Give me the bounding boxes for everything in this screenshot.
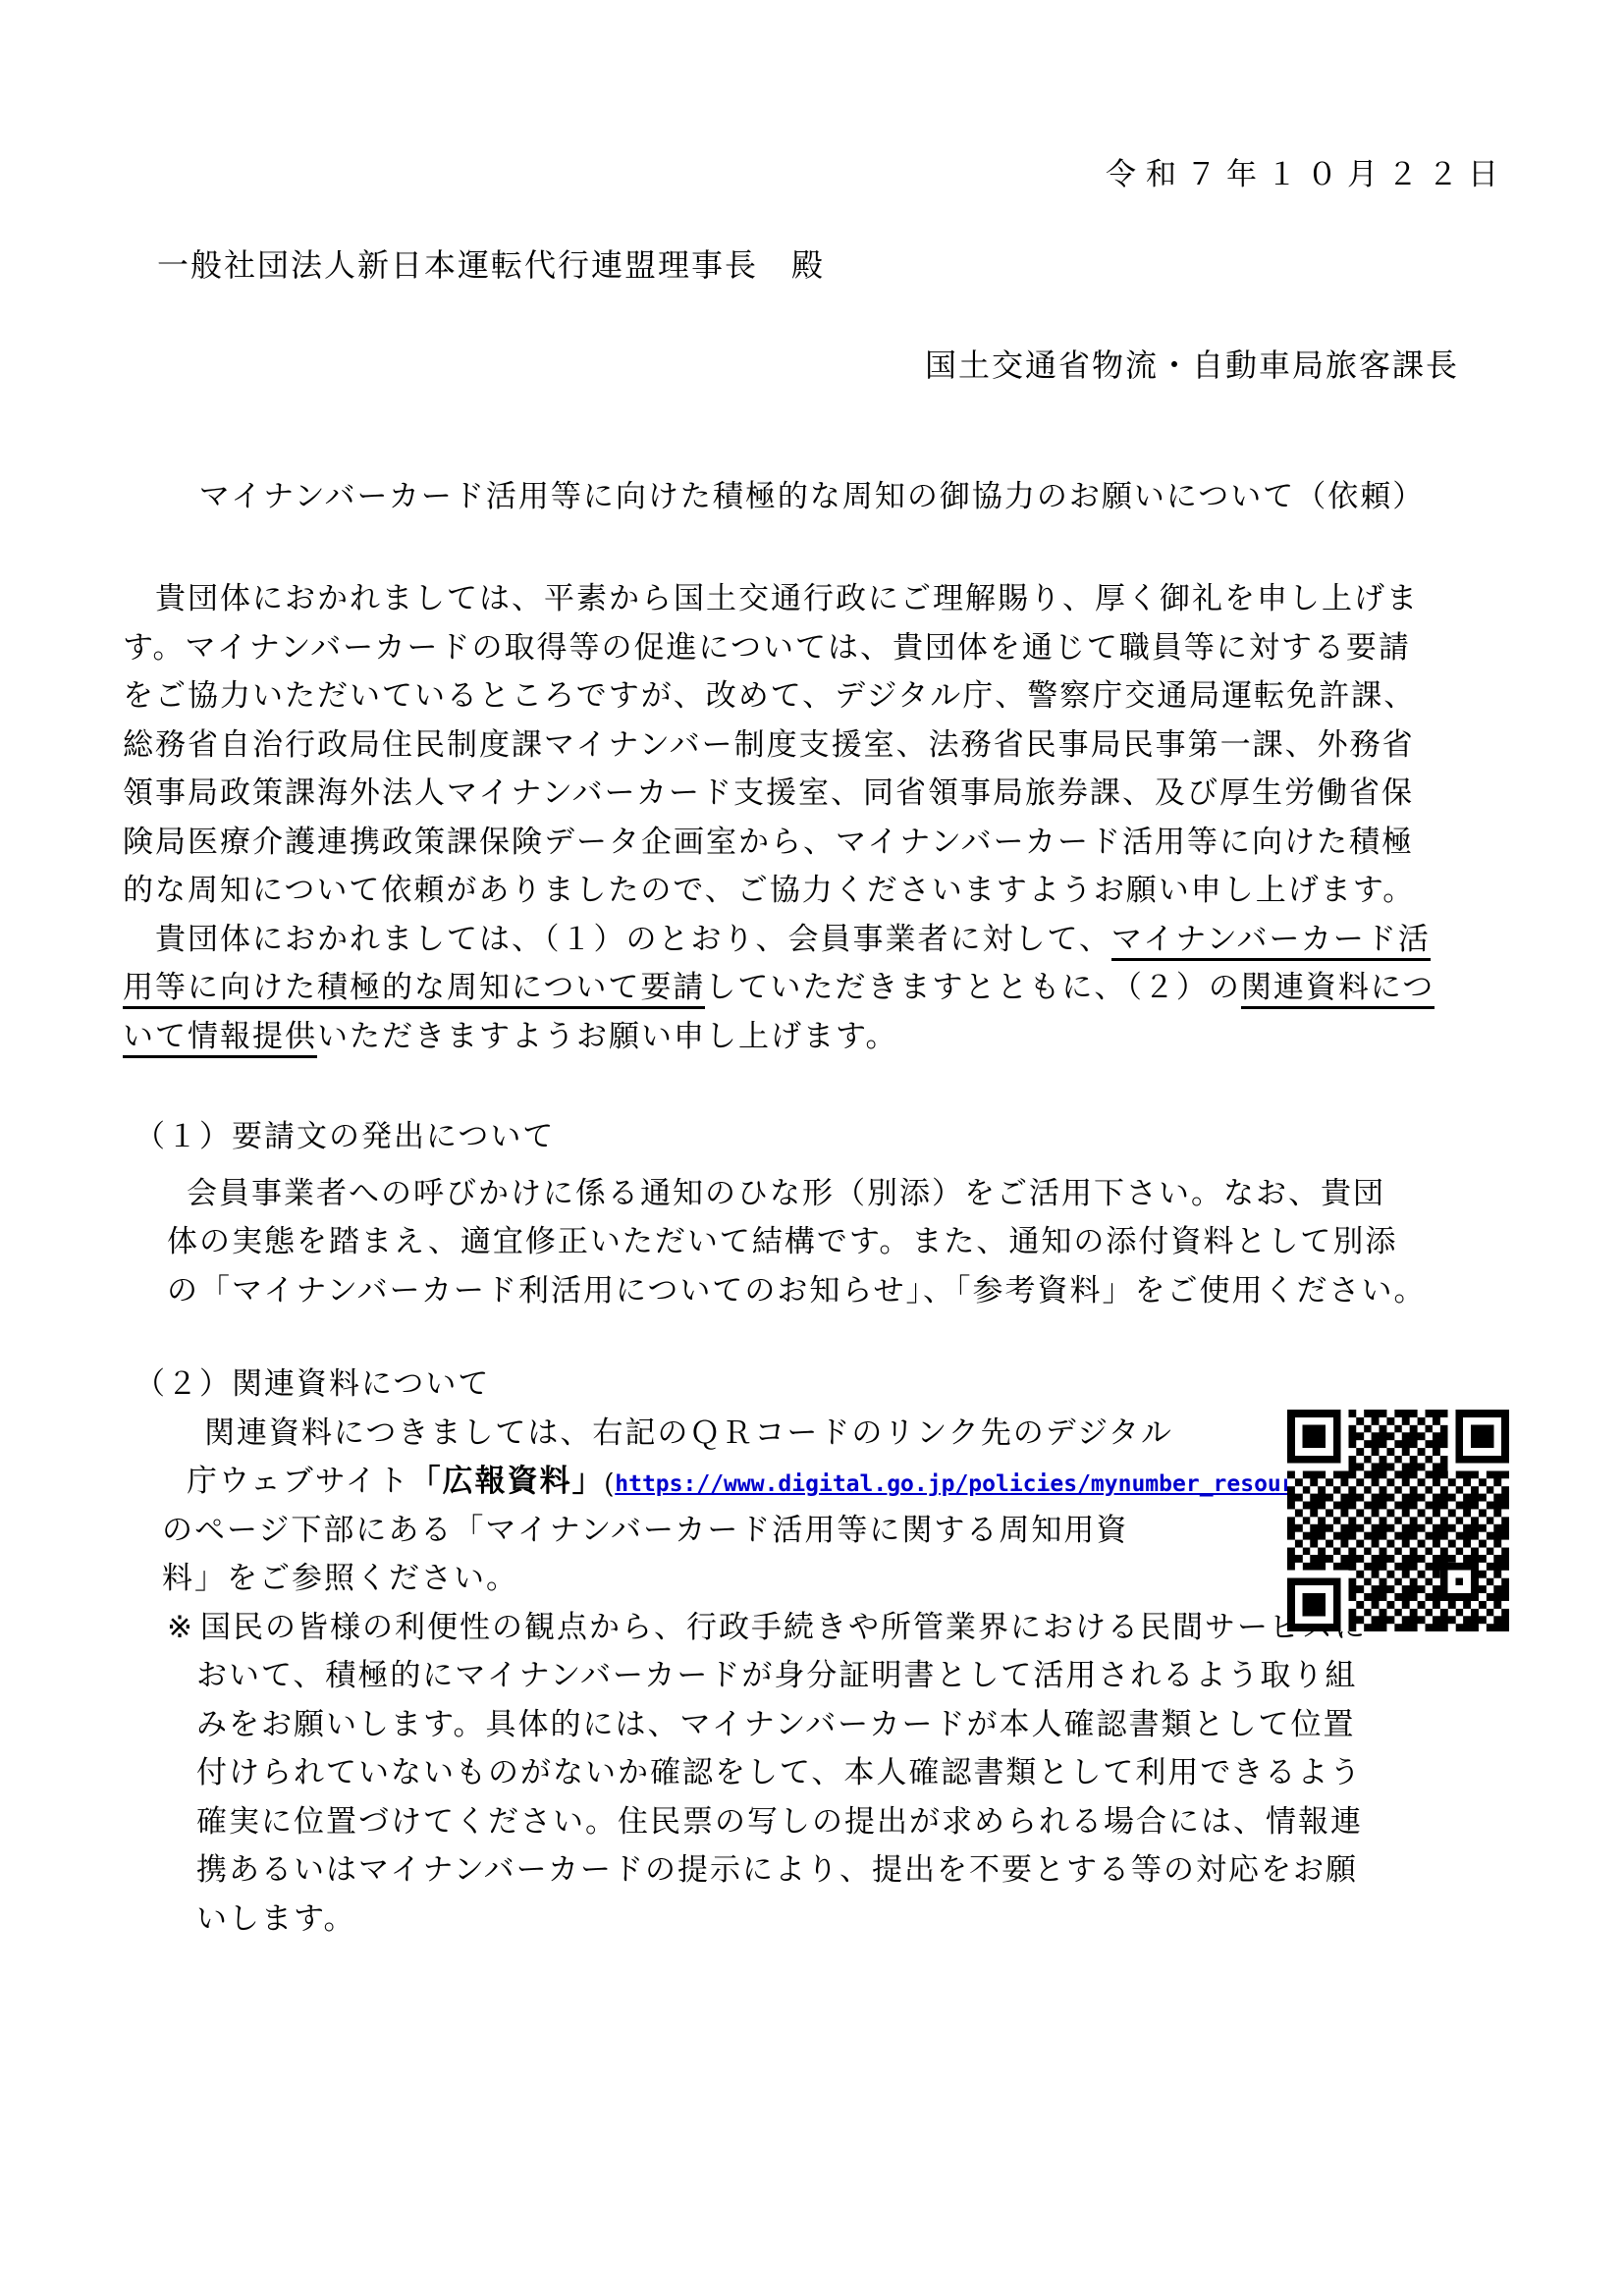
body-text: 国民の皆様の利便性の観点から、行政手続きや所管業界における民間サービスに xyxy=(200,1610,1367,1644)
quoted-title: 「広報資料」 xyxy=(410,1464,605,1498)
note-line: おいて、積極的にマイナンバーカードが身分証明書として活用されるよう取り組 xyxy=(0,1651,1624,1700)
addressee: 一般社団法人新日本運転代行連盟理事長 殿 xyxy=(157,243,825,287)
body-line: 貴団体におかれましては、（１）のとおり、会員事業者に対して、マイナンバーカード活 xyxy=(0,915,1624,964)
body-line: 険局医療介護連携政策課保険データ企画室から、マイナンバーカード活用等に向けた積極 xyxy=(0,818,1624,867)
document-date: 令和７年１０月２２日 xyxy=(1106,155,1508,194)
underlined-text: 関連資料につ xyxy=(1241,970,1435,1009)
document-page: 令和７年１０月２２日 一般社団法人新日本運転代行連盟理事長 殿 国土交通省物流・… xyxy=(0,0,1624,2296)
body-line: 貴団体におかれましては、平素から国土交通行政にご理解賜り、厚く御礼を申し上げま xyxy=(0,574,1624,623)
digital-agency-link[interactable]: https://www.digital.go.jp/policies/mynum… xyxy=(615,1471,1335,1497)
note-line: みをお願いします。具体的には、マイナンバーカードが本人確認書類として位置 xyxy=(0,1700,1624,1749)
section-1-heading: （１）要請文の発出について xyxy=(0,1112,1624,1161)
note-line: いします。 xyxy=(0,1895,1624,1944)
sender: 国土交通省物流・自動車局旅客課長 xyxy=(925,344,1459,387)
underlined-text: 用等に向けた積極的な周知について要請 xyxy=(123,970,705,1009)
underlined-text: いて情報提供 xyxy=(123,1019,317,1058)
body-line: 総務省自治行政局住民制度課マイナンバー制度支援室、法務省民事局民事第一課、外務省 xyxy=(0,721,1624,770)
body-line: 体の実態を踏まえ、適宜修正いただいて結構です。また、通知の添付資料として別添 xyxy=(0,1217,1624,1266)
note-marker: ※ xyxy=(167,1610,200,1644)
body-text: 貴団体におかれましては、（１）のとおり、会員事業者に対して、 xyxy=(123,922,1111,956)
body-text: していただきますとともに、（２）の xyxy=(705,970,1241,1004)
body-line: す。マイナンバーカードの取得等の促進については、貴団体を通じて職員等に対する要請 xyxy=(0,623,1624,672)
body-line: 領事局政策課海外法人マイナンバーカード支援室、同省領事局旅券課、及び厚生労働省保 xyxy=(0,769,1624,818)
body-line: をご協力いただいているところですが、改めて、デジタル庁、警察庁交通局運転免許課、 xyxy=(0,671,1624,721)
body-line: いて情報提供いただきますようお願い申し上げます。 xyxy=(0,1012,1624,1061)
section-2-heading: （２）関連資料について xyxy=(0,1360,1624,1409)
body-text: 庁ウェブサイト xyxy=(187,1464,410,1498)
note-line: 確実に位置づけてください。住民票の写しの提出が求められる場合には、情報連 xyxy=(0,1797,1624,1846)
body-text: いただきますようお願い申し上げます。 xyxy=(317,1019,898,1053)
paren-open: ( xyxy=(605,1468,616,1497)
body-line: の「マイナンバーカード利活用についてのお知らせ」、「参考資料」をご使用ください。 xyxy=(0,1266,1624,1315)
underlined-text: マイナンバーカード活 xyxy=(1111,922,1431,961)
body-line: 的な周知について依頼がありましたので、ご協力くださいますようお願い申し上げます。 xyxy=(0,866,1624,915)
section-1: （１）要請文の発出について 会員事業者への呼びかけに係る通知のひな形（別添）をご… xyxy=(0,1112,1624,1314)
body-line: 用等に向けた積極的な周知について要請していただきますとともに、（２）の関連資料に… xyxy=(0,963,1624,1012)
body-paragraphs: 貴団体におかれましては、平素から国土交通行政にご理解賜り、厚く御礼を申し上げま … xyxy=(0,574,1624,1060)
subject-title: マイナンバーカード活用等に向けた積極的な周知の御協力のお願いについて（依頼） xyxy=(0,475,1624,518)
qr-code-icon xyxy=(1284,1410,1512,1631)
note-line: 付けられていないものがないか確認をして、本人確認書類として利用できるよう xyxy=(0,1748,1624,1797)
note-line: 携あるいはマイナンバーカードの提示により、提出を不要とする等の対応をお願 xyxy=(0,1845,1624,1895)
body-line: 会員事業者への呼びかけに係る通知のひな形（別添）をご活用下さい。なお、貴団 xyxy=(0,1169,1624,1218)
